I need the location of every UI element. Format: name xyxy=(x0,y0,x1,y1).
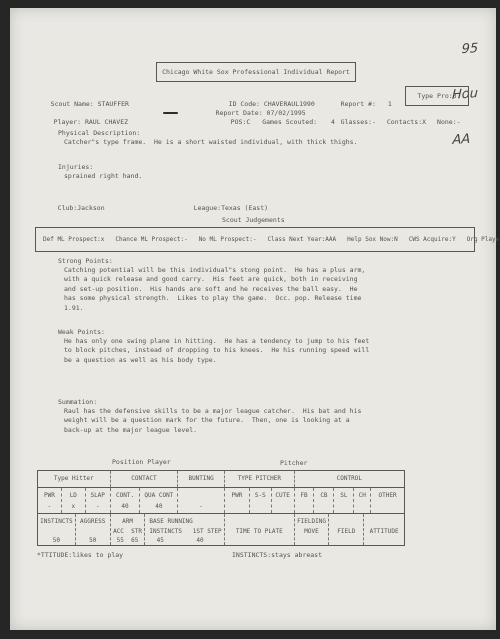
judgement-help-value: N xyxy=(394,236,398,243)
type-pro-value: 3 xyxy=(453,92,457,100)
glasses-contacts-field: Glasses:-Contacts:XNone:- xyxy=(325,110,461,134)
judgement-help-sox-now: Help Sox Now:N xyxy=(347,236,398,244)
cell-instincts: INSTINCTS50 xyxy=(38,514,76,545)
judgement-cws-acquire: CWS Acquire:Y xyxy=(409,236,456,244)
scout-judgements-heading: Scout Judgements xyxy=(222,216,285,224)
group-control: CONTROL xyxy=(295,471,404,487)
glasses-value: - xyxy=(372,118,376,126)
col-bunting-value: - xyxy=(178,488,225,513)
cell-time-to-plate: TIME TO PLATE xyxy=(225,514,295,545)
weak-points-text: He has only one swing plane in hitting. … xyxy=(64,337,369,365)
col-other: OTHER xyxy=(371,488,404,513)
report-title-box: Chicago White Sox Professional Individua… xyxy=(156,62,356,82)
col-ld: LDx xyxy=(62,488,86,513)
contacts-value: X xyxy=(422,118,426,126)
cell-attitude: ATTITUDE xyxy=(364,514,404,545)
judgement-acquire-label: CWS Acquire: xyxy=(409,236,452,243)
strong-points-heading: Strong Points: xyxy=(58,257,113,265)
grades-group-row: Type Hitter CONTACT BUNTING TYPE PITCHER… xyxy=(38,471,404,488)
league-label: League: xyxy=(194,204,221,212)
physical-description-text: Catcher"s type frame. He is a short wais… xyxy=(64,138,358,147)
grades-detail-row: PWR- LDx SLAP- CONT.40 QUA CONT40 - PWR … xyxy=(38,488,404,514)
judgement-def-ml-label: Def ML Prospect: xyxy=(43,236,101,243)
none-label: None: xyxy=(437,118,457,126)
col-qua-cont: QUA CONT40 xyxy=(140,488,178,513)
col-s-s: S-S xyxy=(250,488,272,513)
games-scouted-label: Games Scouted: xyxy=(262,118,321,126)
league-value: Texas (East) xyxy=(221,204,268,212)
col-ch: CH xyxy=(354,488,371,513)
judgement-no-ml: No ML Prospect:- xyxy=(199,236,257,244)
scanned-scouting-report: 95 Hou AA Chicago White Sox Professional… xyxy=(0,0,500,639)
weak-points-heading: Weak Points: xyxy=(58,328,105,336)
physical-description-heading: Physical Description: xyxy=(58,129,140,137)
col-slap: SLAP- xyxy=(86,488,111,513)
report-title: Chicago White Sox Professional Individua… xyxy=(162,68,350,76)
judgement-acquire-value: Y xyxy=(452,236,456,243)
cell-base-running: BASE RUNNINGINSTINCTS 1ST STEP 45 40 xyxy=(145,514,225,545)
contacts-pair: Contacts:X xyxy=(387,118,426,126)
scout-judgements-box: Def ML Prospect:x Chance ML Prospect:- N… xyxy=(35,227,475,252)
judgement-org-player: Org Player:- xyxy=(467,236,500,244)
injuries-heading: Injuries: xyxy=(58,163,93,171)
col-pwr-hitter: PWR- xyxy=(38,488,62,513)
contacts-label: Contacts: xyxy=(387,118,422,126)
player-label: Player: xyxy=(54,118,85,126)
player-value: RAUL CHAVEZ xyxy=(85,118,128,126)
judgement-chance-ml-label: Chance ML Prospect: xyxy=(115,236,184,243)
position-games-field: POS:CGames Scouted: 4 xyxy=(215,110,335,134)
glasses-label: Glasses: xyxy=(341,118,372,126)
judgement-chance-ml: Chance ML Prospect:- xyxy=(115,236,187,244)
pitcher-section-label: Pitcher xyxy=(280,459,307,467)
attitude-footnote: *TTITUDE:likes to play xyxy=(37,551,123,559)
group-type-hitter: Type Hitter xyxy=(38,471,111,487)
cell-aggress: AGGRESS50 xyxy=(76,514,111,545)
judgement-def-ml-value: x xyxy=(101,236,105,243)
grades-bottom-row: INSTINCTS50 AGGRESS50 ARMACC STR55 65 BA… xyxy=(38,514,404,545)
group-contact: CONTACT xyxy=(111,471,179,487)
col-cute: CUTE xyxy=(272,488,295,513)
col-cb: CB xyxy=(314,488,334,513)
judgement-chance-ml-value: - xyxy=(184,236,188,243)
position-player-section-label: Position Player xyxy=(112,458,171,466)
glasses-pair: Glasses:- xyxy=(341,118,376,126)
pos-label: POS: xyxy=(231,118,247,126)
summation-text: Raul has the defensive skills to be a ma… xyxy=(64,407,361,435)
injuries-text: sprained right hand. xyxy=(64,172,142,181)
judgement-help-label: Help Sox Now: xyxy=(347,236,394,243)
none-value: - xyxy=(457,118,461,126)
col-sl: SL xyxy=(334,488,354,513)
none-pair: None:- xyxy=(437,118,461,126)
handwritten-year: 95 xyxy=(461,41,479,57)
club-value: Jackson xyxy=(77,204,104,212)
scout-name-label: Scout Name: xyxy=(51,100,98,108)
report-number-value: 1 xyxy=(388,100,392,108)
judgement-org-label: Org Player: xyxy=(467,236,500,243)
scout-name-value: STAUFFER xyxy=(98,100,129,108)
cell-field: FIELD xyxy=(329,514,364,545)
group-bunting: BUNTING xyxy=(178,471,225,487)
judgement-class-label: Class Next Year: xyxy=(268,236,326,243)
judgement-class-value: AAA xyxy=(325,236,336,243)
judgement-no-ml-label: No ML Prospect: xyxy=(199,236,253,243)
judgement-def-ml: Def ML Prospect:x xyxy=(43,236,104,244)
instincts-footnote: INSTINCTS:stays abreast xyxy=(232,551,322,559)
type-pro-box: Type Pro:3 xyxy=(405,86,469,106)
col-pwr-pitcher: PWR xyxy=(225,488,250,513)
type-pro-label: Type Pro: xyxy=(417,92,452,100)
pos-value: C xyxy=(246,118,250,126)
strong-points-text: Catching potential will be this individu… xyxy=(64,266,365,313)
group-type-pitcher: TYPE PITCHER xyxy=(225,471,295,487)
report-number-label: Report #: xyxy=(341,100,376,108)
judgement-class-next-year: Class Next Year:AAA xyxy=(268,236,337,244)
summation-heading: Summation: xyxy=(58,398,97,406)
club-label: Club: xyxy=(58,204,78,212)
handwritten-dash-mark xyxy=(163,112,178,114)
col-cont: CONT.40 xyxy=(111,488,141,513)
club-field: Club:Jackson xyxy=(42,196,105,220)
judgement-no-ml-value: - xyxy=(253,236,257,243)
cell-arm: ARMACC STR55 65 xyxy=(111,514,146,545)
grades-table: Type Hitter CONTACT BUNTING TYPE PITCHER… xyxy=(37,470,405,546)
col-fb: FB xyxy=(295,488,315,513)
cell-fielding-move: FIELDINGMOVE xyxy=(295,514,330,545)
